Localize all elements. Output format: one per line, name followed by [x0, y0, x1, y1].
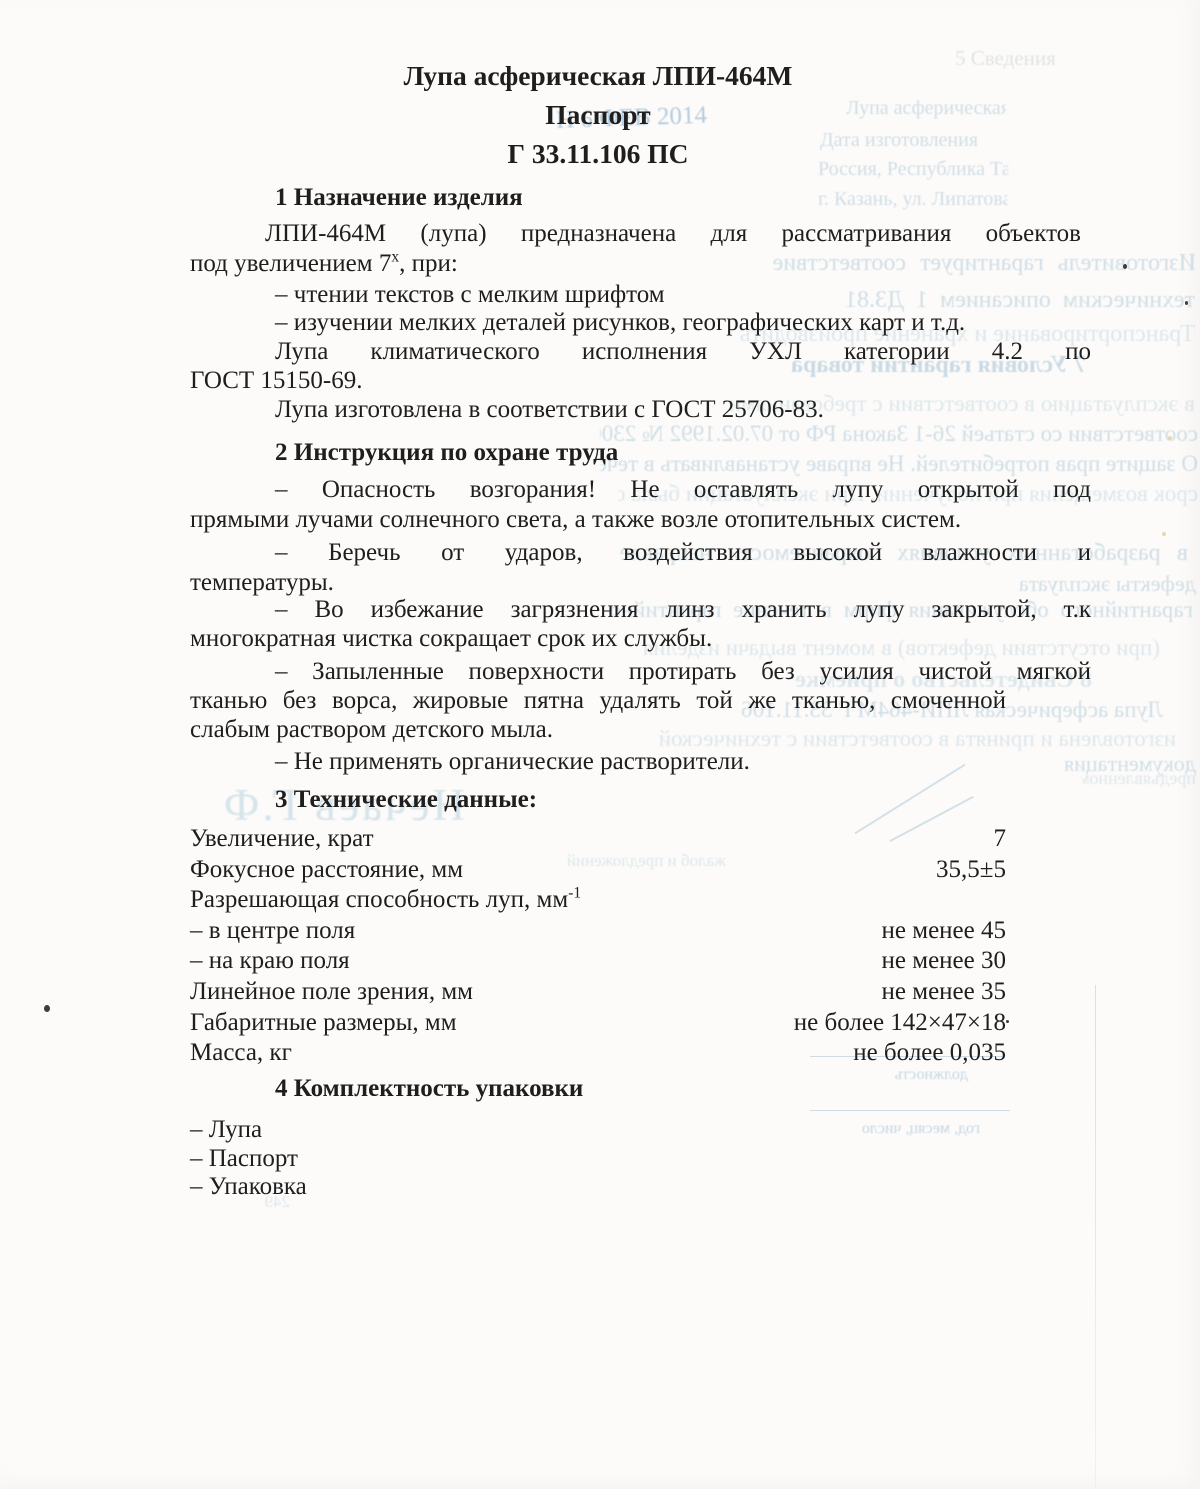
table-row: – на краю поляне менее 30	[190, 946, 1006, 977]
section1-line: ГОСТ 15150-69.	[190, 366, 1006, 396]
section2-line: слабым раствором детского мыла.	[190, 715, 1006, 745]
table-row: Фокусное расстояние, мм35,5±5	[190, 855, 1006, 886]
section2-line: многократная чистка сокращает срок их сл…	[190, 624, 1006, 654]
spec-label: Фокусное расстояние, мм	[190, 855, 463, 886]
section1-line: Лупа климатического исполнения УХЛ катег…	[190, 337, 1091, 367]
section1-line: ЛПИ-464М (лупа) предназначена для рассма…	[190, 219, 1081, 249]
bleedthrough-text: предъявленному	[1082, 768, 1196, 789]
scan-fold-line	[1095, 985, 1096, 1489]
list-item: – Упаковка	[190, 1173, 1006, 1202]
section2-line: температуры.	[190, 568, 1006, 598]
document-title: Лупа асферическая ЛПИ-464М	[190, 56, 1006, 95]
magnification-text: под увеличением 7	[190, 250, 391, 277]
section3-heading: 3 Технические данные:	[190, 786, 1091, 814]
section2-line: – Беречь от ударов, воздействия высокой …	[190, 538, 1091, 568]
scan-speck	[1168, 436, 1172, 440]
scanned-passport-page: 5 Сведения Лупа асферическая ЛПИ-464М Да…	[0, 0, 1200, 1489]
scan-speck	[1162, 532, 1166, 536]
scan-speck	[1185, 301, 1188, 305]
spec-value: не менее 30	[882, 946, 1006, 977]
scan-speck	[1006, 1020, 1009, 1023]
spec-label: Масса, кг	[190, 1038, 292, 1069]
section2-line: – Во избежание загрязнения линз хранить …	[190, 595, 1091, 625]
list-item: – Лупа	[190, 1116, 1006, 1145]
section2-line: – Не применять органические растворители…	[190, 747, 1091, 777]
spec-label: Увеличение, крат	[190, 824, 374, 855]
bleedthrough-text: дефекты эксплуатации.	[1018, 571, 1196, 597]
table-row: Габаритные размеры, ммне более 142×47×18	[190, 1008, 1006, 1039]
spec-value: 35,5±5	[936, 855, 1006, 886]
spec-label: Разрешающая способность луп, мм-1	[190, 885, 581, 916]
package-contents-list: – Лупа – Паспорт – Упаковка	[190, 1116, 1006, 1202]
section2-line: тканью без ворса, жировые пятна удалять …	[190, 686, 1006, 716]
table-row: Разрешающая способность луп, мм-1	[190, 885, 1006, 916]
scan-speck	[1123, 264, 1127, 269]
table-row: Масса, кгне более 0,035	[190, 1038, 1006, 1069]
section1-line: под увеличением 7х, при:	[190, 249, 1006, 279]
list-item: – Паспорт	[190, 1145, 1006, 1174]
spec-label: – в центре поля	[190, 916, 355, 947]
section2-line: – Запыленные поверхности протирать без у…	[190, 657, 1091, 687]
spec-value: 7	[994, 824, 1007, 855]
document-code: Г 33.11.106 ПС	[190, 134, 1006, 173]
section1-bullet: – изучении мелких деталей рисунков, геог…	[190, 308, 1091, 338]
spec-label: Линейное поле зрения, мм	[190, 977, 473, 1008]
spec-value: не более 0,035	[853, 1038, 1006, 1069]
spec-label: Габаритные размеры, мм	[190, 1008, 457, 1039]
scan-speck	[44, 1005, 50, 1012]
magnification-superscript: х	[391, 249, 399, 266]
spec-value: не менее 35	[882, 977, 1006, 1008]
table-row: Увеличение, крат7	[190, 824, 1006, 855]
section1-bullet: – чтении текстов с мелким шрифтом	[190, 280, 1091, 310]
section4-heading: 4 Комплектность упаковки	[190, 1075, 1091, 1103]
document-header: Лупа асферическая ЛПИ-464М Паспорт Г 33.…	[190, 56, 1006, 173]
table-row: Линейное поле зрения, ммне менее 35	[190, 977, 1006, 1008]
section2-line: прямыми лучами солнечного света, а также…	[190, 505, 1006, 535]
spec-value: не более 142×47×18	[794, 1008, 1006, 1039]
section2-heading: 2 Инструкция по охране труда	[190, 439, 1091, 467]
table-row: – в центре поляне менее 45	[190, 916, 1006, 947]
section2-line: – Опасность возгорания! Не оставлять луп…	[190, 475, 1091, 505]
document-body: Лупа асферическая ЛПИ-464М Паспорт Г 33.…	[190, 0, 1006, 1489]
document-subtitle: Паспорт	[190, 95, 1006, 134]
section1-heading: 1 Назначение изделия	[190, 184, 1091, 212]
section1-line: Лупа изготовлена в соответствии с ГОСТ 2…	[190, 395, 1091, 425]
spec-value: не менее 45	[882, 916, 1006, 947]
spec-label: – на краю поля	[190, 946, 350, 977]
technical-data-table: Увеличение, крат7 Фокусное расстояние, м…	[190, 824, 1006, 1069]
magnification-text-tail: , при:	[399, 250, 458, 277]
